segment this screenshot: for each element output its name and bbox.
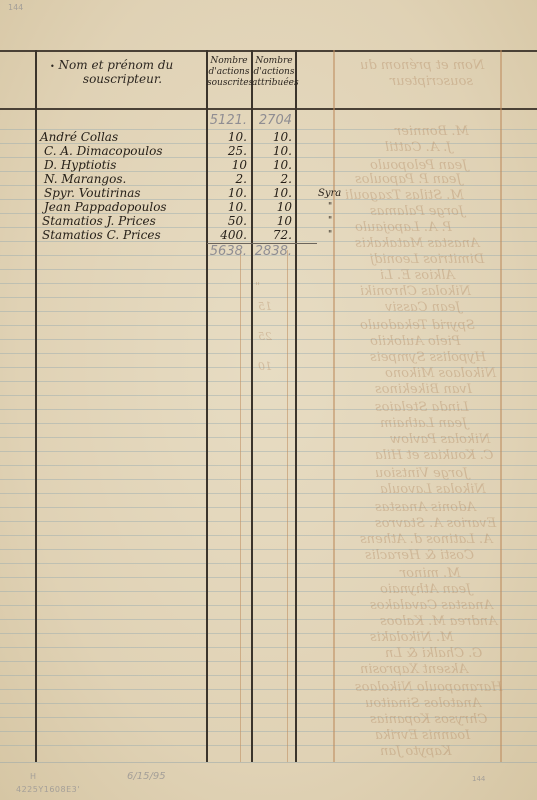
header-subscribed-column: Nombre d'actions souscrites — [207, 56, 251, 88]
carried-forward-attributed: 2704 — [254, 113, 292, 128]
subscriber-name: C. A. Dimacopoulos — [44, 144, 162, 158]
header-attributed-line3: attribuées — [252, 78, 296, 89]
subscriber-name: D. Hyptiotis — [44, 158, 116, 172]
header-bottom-rule — [0, 108, 537, 110]
header-name-column: • Nom et prénom du souscripteur. — [40, 58, 205, 87]
shares-subscribed: 10. — [209, 200, 247, 214]
place-ditto: " — [328, 202, 332, 212]
total-subscribed: 5638. — [209, 244, 247, 259]
header-attributed-column: Nombre d'actions attribuées — [252, 56, 296, 88]
header-attributed-line1: Nombre — [252, 56, 296, 67]
subscriber-name: Stamatios C. Prices — [42, 228, 161, 242]
column-divider-attributed — [295, 50, 297, 762]
shares-subscribed: 50. — [209, 214, 247, 228]
shares-attributed: 10. — [254, 130, 292, 144]
place: Syra — [318, 188, 341, 199]
total-attributed: 2838. — [254, 244, 292, 259]
header-top-rule — [0, 50, 537, 52]
place-ditto: " — [328, 230, 332, 240]
shares-attributed: 10 — [254, 214, 292, 228]
column-divider-right-faint — [500, 50, 502, 762]
page-number: 144 — [472, 775, 485, 783]
shares-attributed: 72. — [254, 228, 292, 242]
header-name-line1: Nom et prénom du — [59, 58, 174, 72]
column-divider-faint — [333, 50, 335, 762]
shares-attributed: 10. — [254, 186, 292, 200]
header-subscribed-line2: d'actions — [207, 67, 251, 78]
shares-attributed: 2. — [254, 172, 292, 186]
subscriber-name: Spyr. Voutirinas — [44, 186, 141, 200]
shares-subscribed: 400. — [209, 228, 247, 242]
shares-attributed: 10 — [254, 200, 292, 214]
shares-subscribed: 2. — [209, 172, 247, 186]
small-mark: H — [30, 772, 36, 781]
ledger-page: 144 Nom et prénom du souscripteur M. Bon… — [0, 0, 537, 800]
shares-subscribed: 10 — [209, 158, 247, 172]
header-subscribed-line1: Nombre — [207, 56, 251, 67]
header-subscribed-line3: souscrites — [207, 78, 251, 89]
pencil-date: 6/15/95 — [127, 771, 166, 782]
subscriber-name: N. Marangos. — [44, 172, 126, 186]
carried-forward-subscribed: 5121. — [209, 113, 247, 128]
shares-subscribed: 10. — [209, 186, 247, 200]
column-divider-name — [206, 50, 208, 762]
header-name-line2: souscripteur. — [40, 72, 205, 86]
column-divider-left — [35, 50, 37, 762]
column-divider-subscribed — [251, 50, 253, 762]
subscriber-name: André Collas — [40, 130, 118, 144]
bottom-rule — [0, 762, 537, 763]
header-attributed-line2: d'actions — [252, 67, 296, 78]
shares-attributed: 10. — [254, 144, 292, 158]
subscriber-name: Stamatios J. Prices — [42, 214, 156, 228]
bleed-line-1 — [240, 250, 241, 762]
place-ditto: " — [328, 216, 332, 226]
subscriber-name: Jean Pappadopoulos — [44, 200, 167, 214]
archive-id: 4225Y1608E3' — [16, 785, 80, 794]
shares-attributed: 10. — [254, 158, 292, 172]
bleed-line-2 — [287, 250, 288, 762]
corner-mark: 144 — [8, 3, 23, 12]
shares-subscribed: 10. — [209, 130, 247, 144]
shares-subscribed: 25. — [209, 144, 247, 158]
